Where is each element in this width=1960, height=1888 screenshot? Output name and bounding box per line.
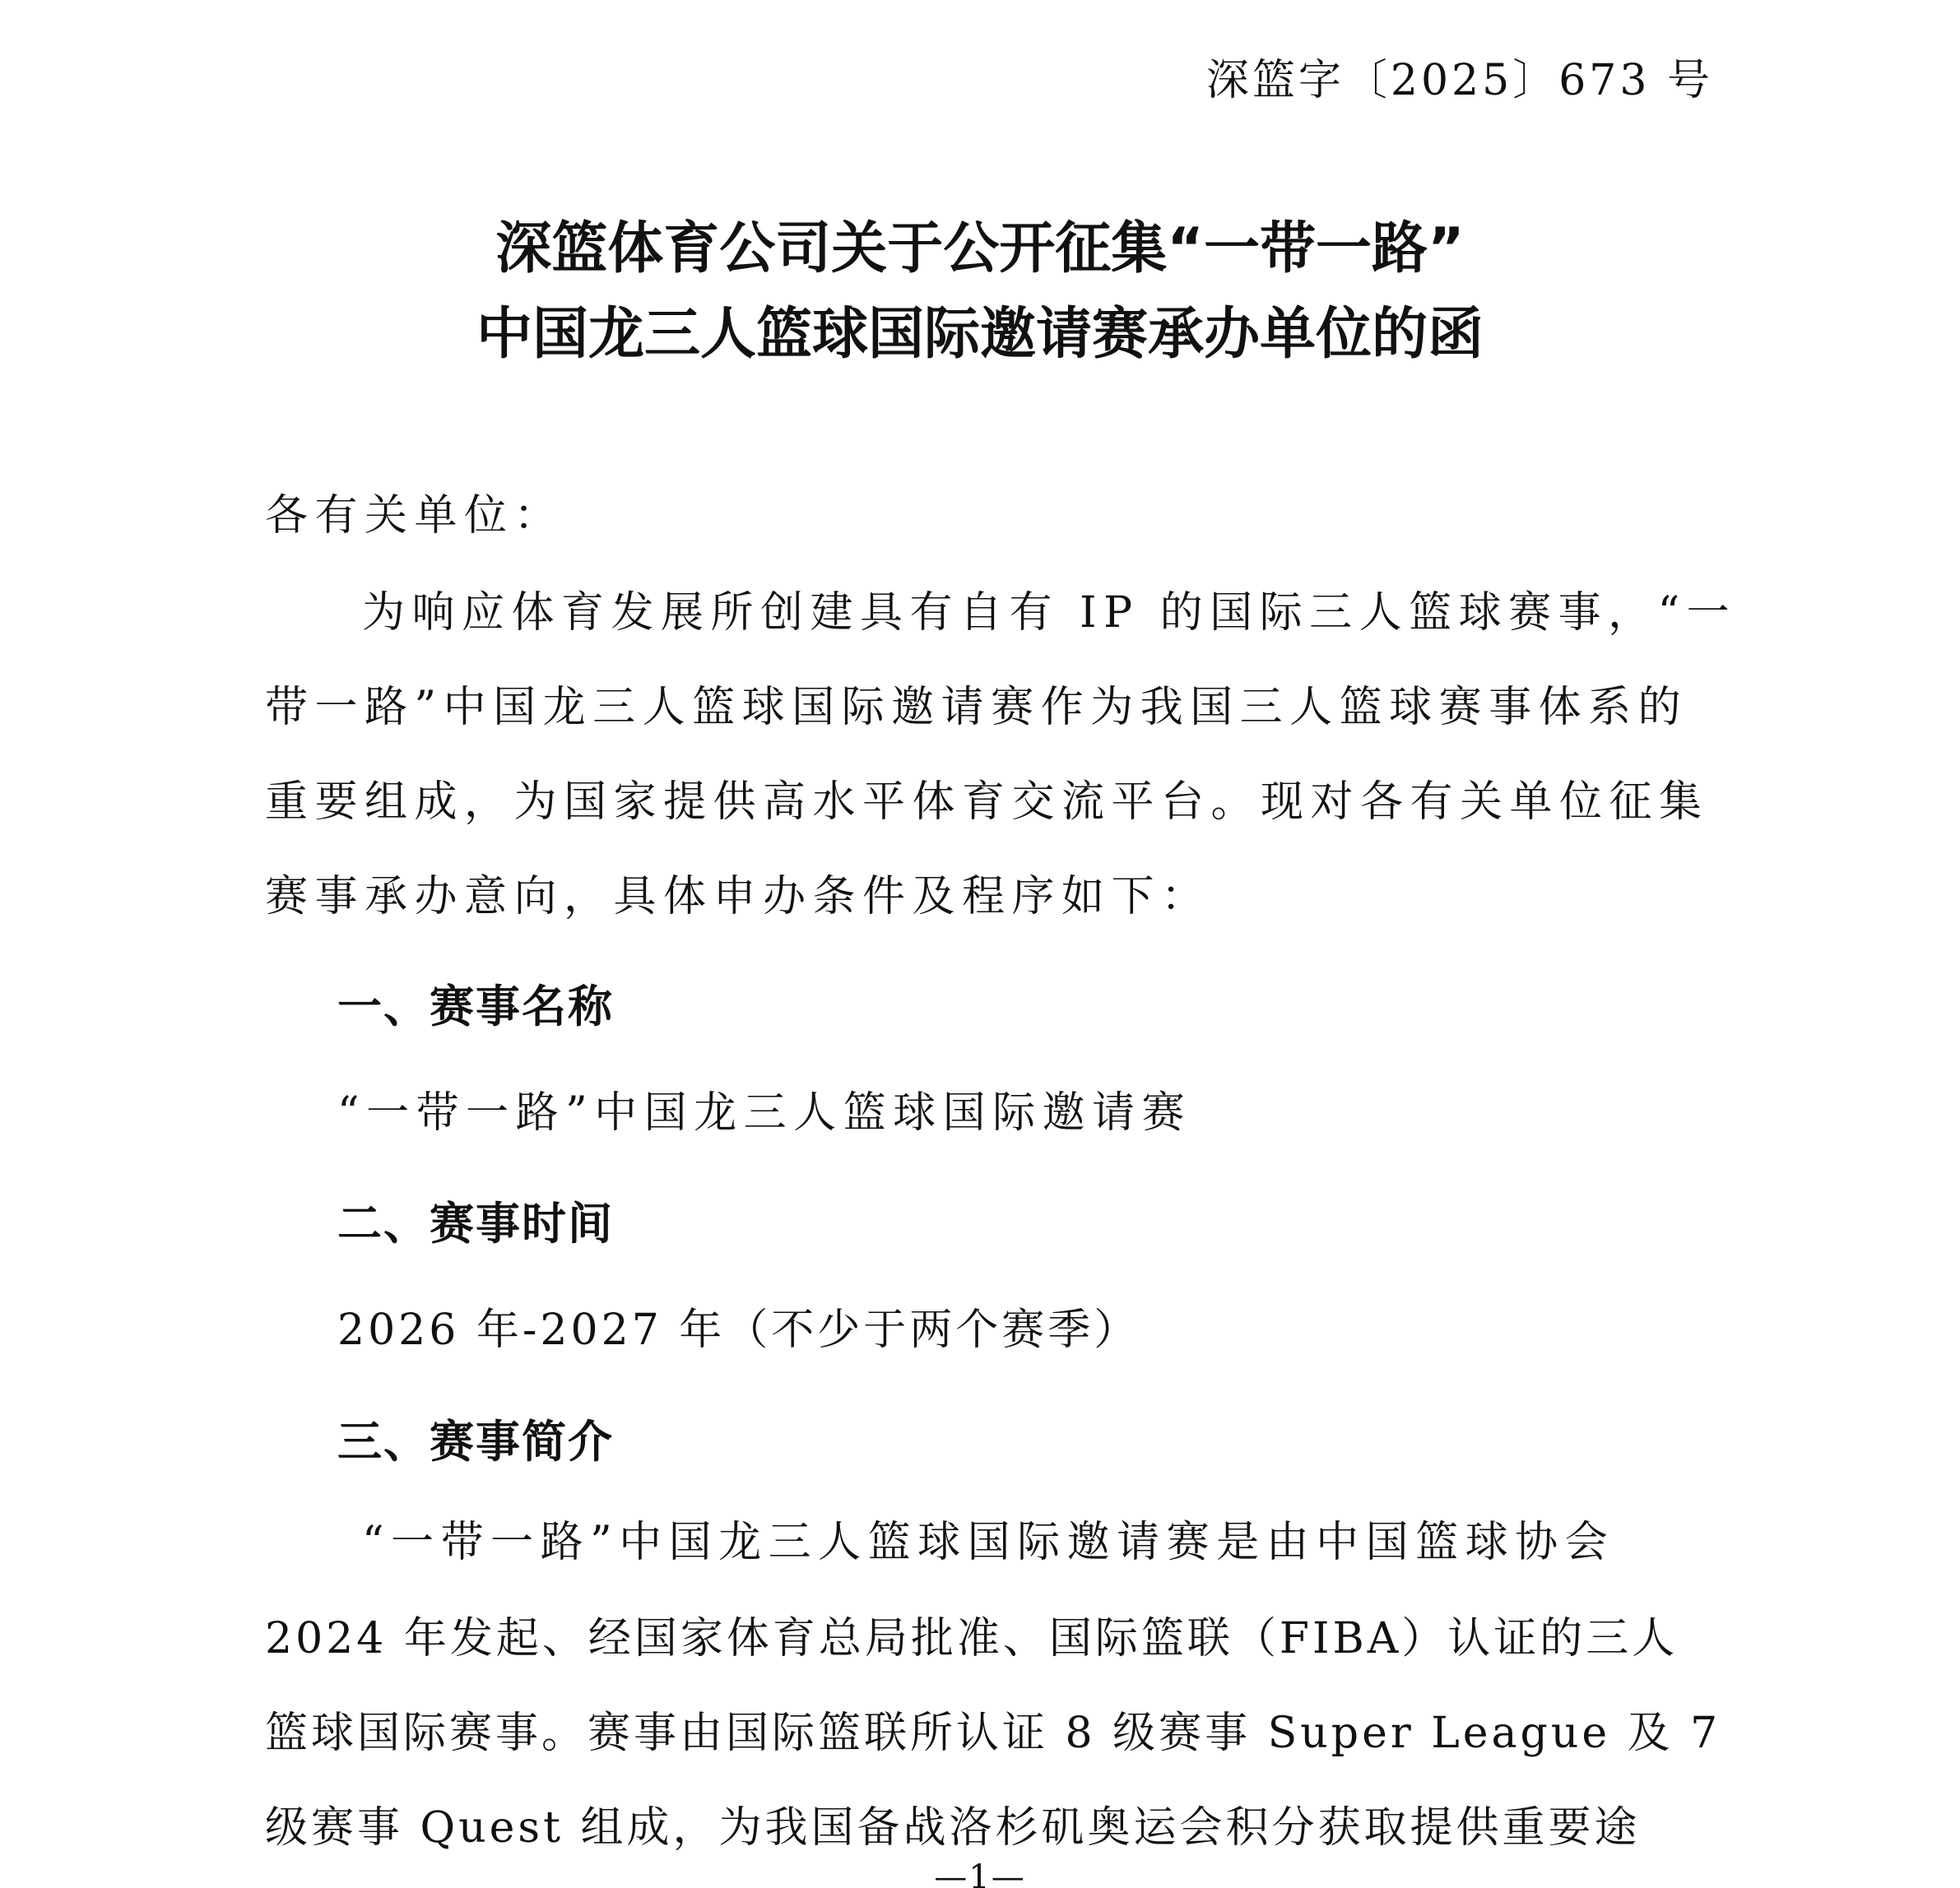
intro-paragraph-line: 赛事承办意向，具体申办条件及程序如下：	[265, 850, 1710, 944]
document-page: 深篮字〔2025〕673 号 深篮体育公司关于公开征集“一带一路” 中国龙三人篮…	[0, 0, 1960, 1888]
document-number: 深篮字〔2025〕673 号	[1206, 48, 1713, 114]
event-name-text: “一带一路”中国龙三人篮球国际邀请赛	[337, 1066, 1782, 1161]
section-heading-event-time: 二、赛事时间	[337, 1176, 614, 1271]
event-intro-line: 2024 年发起、经国家体育总局批准、国际篮联（FIBA）认证的三人	[265, 1592, 1710, 1686]
event-intro-line: 篮球国际赛事。赛事由国际篮联所认证 8 级赛事 Super League 及 7	[265, 1686, 1710, 1781]
intro-paragraph-line: 为响应体育发展所创建具有自有 IP 的国际三人篮球赛事，“一	[265, 566, 1807, 661]
intro-paragraph-line: 带一路”中国龙三人篮球国际邀请赛作为我国三人篮球赛事体系的	[265, 661, 1710, 755]
section-heading-event-name: 一、赛事名称	[337, 959, 614, 1054]
event-intro-line: “一带一路”中国龙三人篮球国际邀请赛是由中国篮球协会	[265, 1496, 1807, 1590]
event-time-text: 2026 年-2027 年（不少于两个赛季）	[337, 1283, 1782, 1378]
salutation: 各有关单位：	[265, 469, 1710, 564]
page-number: —1—	[0, 1861, 1960, 1888]
document-title-line-1: 深篮体育公司关于公开征集“一带一路”	[0, 204, 1960, 295]
intro-paragraph-line: 重要组成，为国家提供高水平体育交流平台。现对各有关单位征集	[265, 755, 1710, 850]
section-heading-event-intro: 三、赛事简介	[337, 1394, 614, 1489]
document-title-line-2: 中国龙三人篮球国际邀请赛承办单位的函	[0, 290, 1960, 380]
